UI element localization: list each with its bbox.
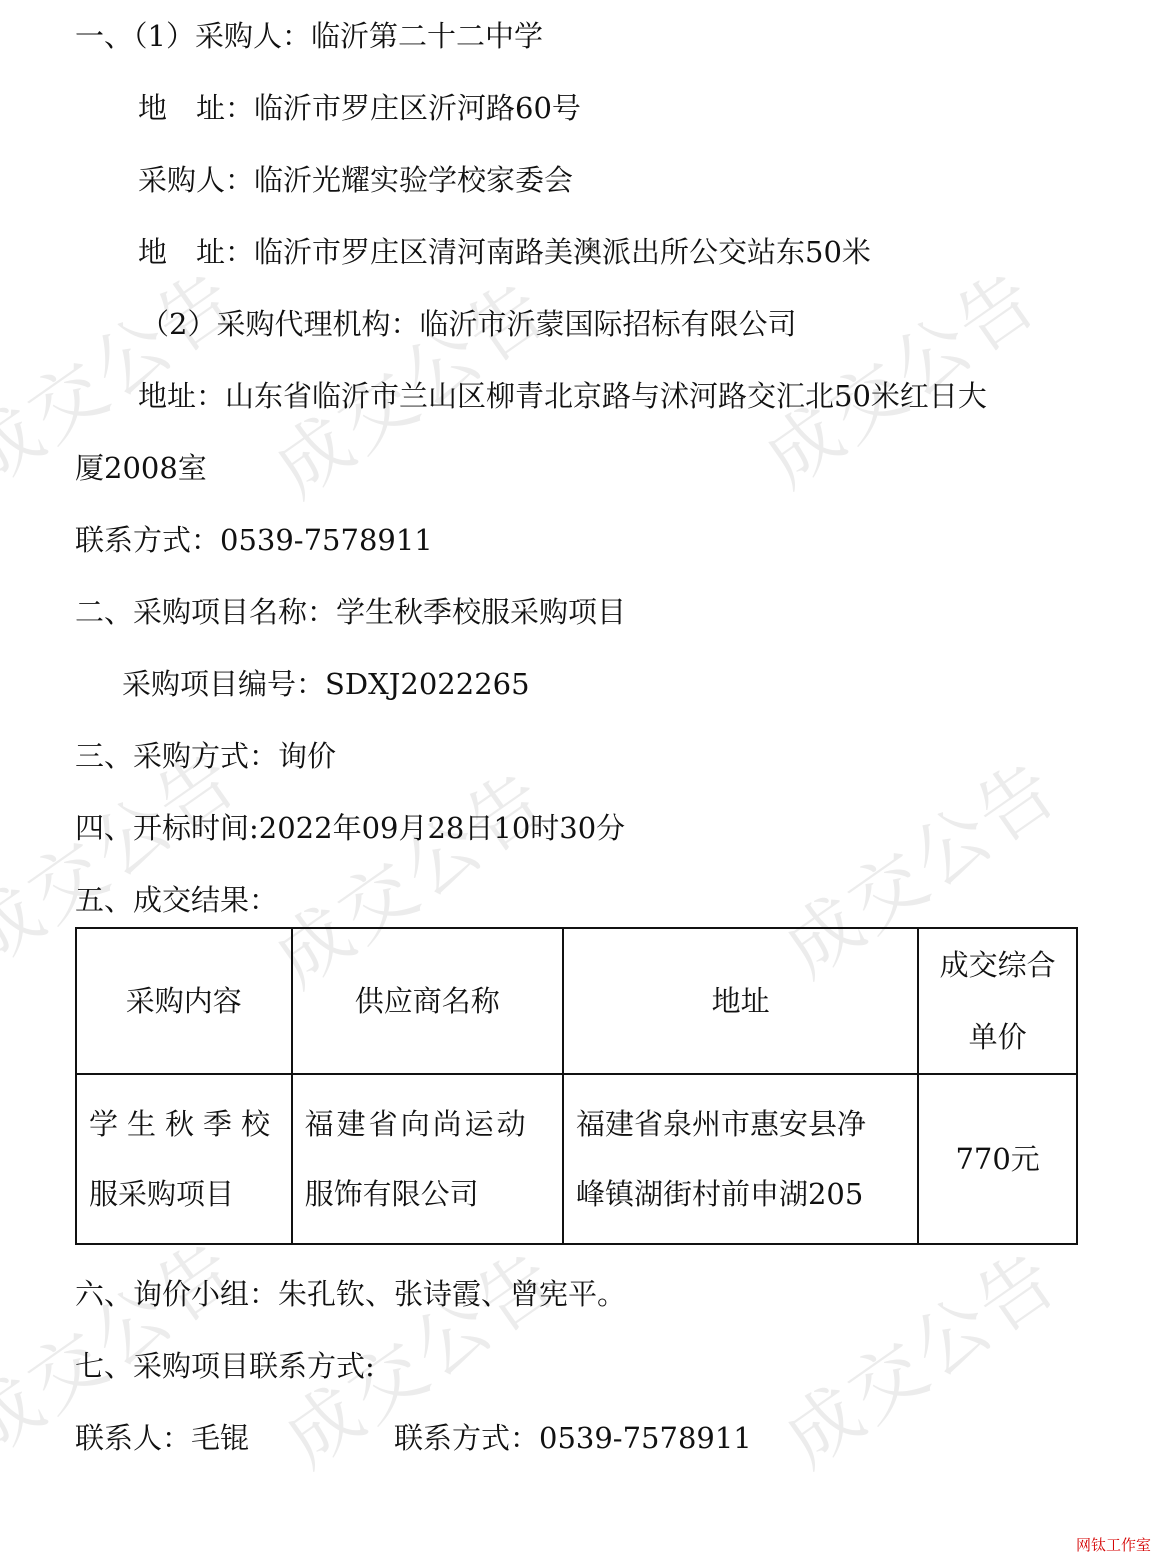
purchaser-1-address: 地 址：临沂市罗庄区沂河路60号 [138,90,581,126]
cell-content: 学生秋季校 服采购项目 [76,1074,292,1244]
inquiry-panel: 六、询价小组：朱孔钦、张诗霞、曾宪平。 [75,1276,626,1312]
cell-address-line2: 峰镇湖街村前申湖205 [576,1159,917,1229]
cell-address-line1: 福建省泉州市惠安县净 [576,1089,917,1159]
cell-content-line2: 服采购项目 [89,1159,291,1229]
table-header-row: 采购内容 供应商名称 地址 成交综合 单价 [76,928,1077,1074]
contact-person: 联系人：毛锟 [75,1420,249,1456]
project-number: 采购项目编号：SDXJ2022265 [122,666,530,702]
header-price: 成交综合 单价 [918,928,1077,1074]
procurement-agency: （2）采购代理机构：临沂市沂蒙国际招标有限公司 [140,306,796,342]
agency-address-line2: 厦2008室 [75,450,207,486]
procurement-method: 三、采购方式：询价 [75,738,336,774]
result-title: 五、成交结果： [75,882,278,918]
agency-contact: 联系方式：0539-7578911 [75,522,433,558]
contact-phone: 联系方式：0539-7578911 [394,1420,752,1456]
agency-address-line1: 地址：山东省临沂市兰山区柳青北京路与沭河路交汇北50米红日大 [138,378,987,414]
header-price-line1: 成交综合 [919,929,1076,1001]
watermark: 成交公告 [760,1221,1076,1487]
contact-title: 七、采购项目联系方式: [75,1348,375,1384]
result-table: 采购内容 供应商名称 地址 成交综合 单价 学生秋季校 服采购项目 福建省向尚运… [75,927,1078,1245]
header-supplier: 供应商名称 [292,928,563,1074]
cell-supplier-line2: 服饰有限公司 [305,1159,562,1229]
header-price-line2: 单价 [919,1001,1076,1073]
project-name: 二、采购项目名称：学生秋季校服采购项目 [75,594,626,630]
purchaser-2-address: 地 址：临沂市罗庄区清河南路美澳派出所公交站东50米 [138,234,871,270]
source-mark: 网钛工作室 [1076,1534,1151,1555]
header-address: 地址 [563,928,918,1074]
cell-price: 770元 [918,1074,1077,1244]
table-row: 学生秋季校 服采购项目 福建省向尚运动 服饰有限公司 福建省泉州市惠安县净 峰镇… [76,1074,1077,1244]
cell-supplier-line1: 福建省向尚运动 [305,1089,562,1159]
header-content: 采购内容 [76,928,292,1074]
purchaser-1: 一、（1）采购人：临沂第二十二中学 [75,18,543,54]
opening-time: 四、开标时间:2022年09月28日10时30分 [75,810,625,846]
purchaser-2: 采购人：临沂光耀实验学校家委会 [138,162,573,198]
cell-content-line1: 学生秋季校 [89,1089,291,1159]
watermark: 成交公告 [740,241,1056,507]
cell-address: 福建省泉州市惠安县净 峰镇湖街村前申湖205 [563,1074,918,1244]
cell-supplier: 福建省向尚运动 服饰有限公司 [292,1074,563,1244]
